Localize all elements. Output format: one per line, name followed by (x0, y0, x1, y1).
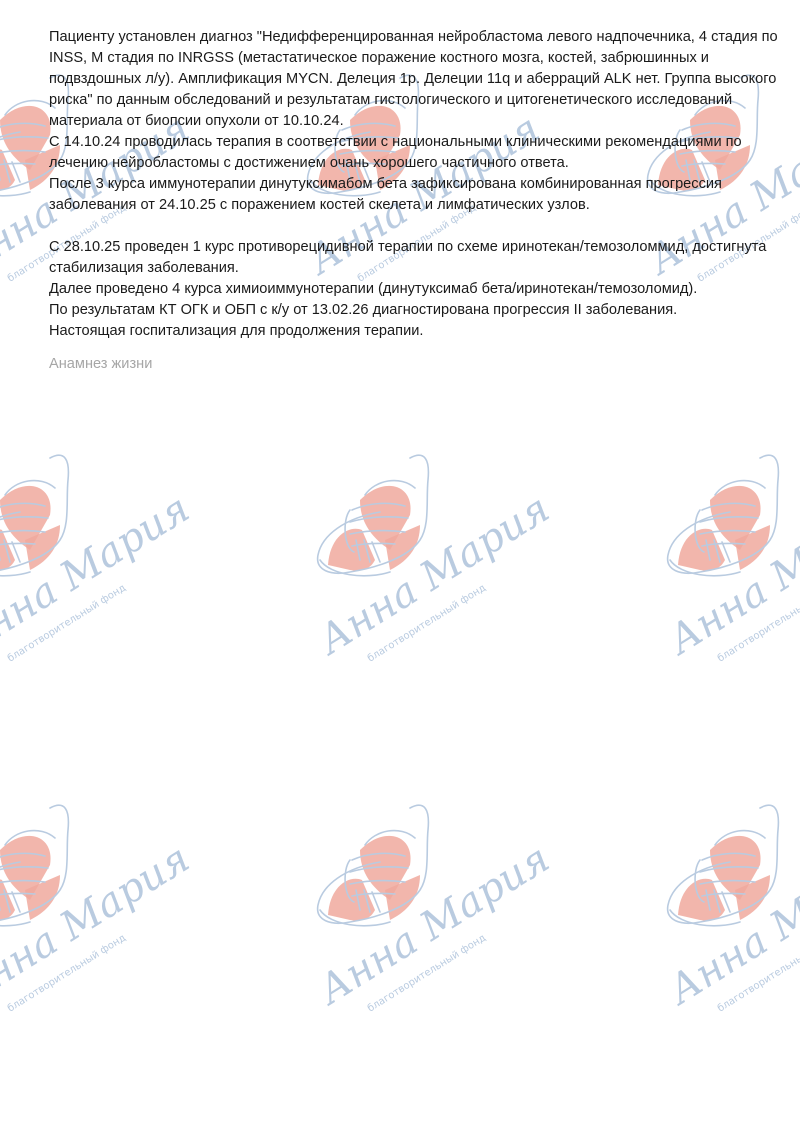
svg-text:благотворительный фонд: благотворительный фонд (6, 582, 128, 664)
paragraph-diagnosis: Пациенту установлен диагноз "Недифференц… (49, 27, 779, 132)
paragraph-ct-results: По результатам КТ ОГК и ОБП с к/у от 13.… (49, 300, 779, 321)
paragraph-relapse-therapy: С 28.10.25 проведен 1 курс противорециди… (49, 237, 779, 279)
svg-text:Анна Мария: Анна Мария (658, 486, 800, 666)
heart-hands-logo-icon: Анна Марияблаготворительный фонд (290, 790, 550, 1050)
svg-text:Анна Мария: Анна Мария (308, 836, 557, 1016)
svg-text:благотворительный фонд: благотворительный фонд (366, 582, 488, 664)
paragraph-progression: После 3 курса иммунотерапии динутуксимаб… (49, 174, 779, 216)
watermark-tile: Анна Марияблаготворительный фонд (640, 440, 800, 700)
svg-text:Анна Мария: Анна Мария (308, 486, 557, 666)
heart-hands-logo-icon: Анна Марияблаготворительный фонд (640, 790, 800, 1050)
svg-text:Анна Мария: Анна Мария (658, 836, 800, 1016)
document-body: Пациенту установлен диагноз "Недифференц… (49, 27, 779, 375)
heart-hands-logo-icon: Анна Марияблаготворительный фонд (640, 440, 800, 700)
svg-text:Анна Мария: Анна Мария (0, 486, 198, 666)
heart-hands-logo-icon: Анна Марияблаготворительный фонд (0, 440, 190, 700)
watermark-tile: Анна Марияблаготворительный фонд (290, 790, 550, 1050)
heart-hands-logo-icon: Анна Марияблаготворительный фонд (290, 440, 550, 700)
watermark-tile: Анна Марияблаготворительный фонд (640, 790, 800, 1050)
paragraph-chemoimmunotherapy: Далее проведено 4 курса химиоиммунотерап… (49, 279, 779, 300)
svg-text:благотворительный фонд: благотворительный фонд (716, 932, 800, 1014)
watermark-tile: Анна Марияблаготворительный фонд (290, 440, 550, 700)
paragraph-therapy-start: С 14.10.24 проводилась терапия в соответ… (49, 132, 779, 174)
svg-text:благотворительный фонд: благотворительный фонд (716, 582, 800, 664)
svg-text:Анна Мария: Анна Мария (0, 836, 198, 1016)
svg-text:благотворительный фонд: благотворительный фонд (6, 932, 128, 1014)
watermark-tile: Анна Марияблаготворительный фонд (0, 440, 190, 700)
svg-text:благотворительный фонд: благотворительный фонд (366, 932, 488, 1014)
watermark-tile: Анна Марияблаготворительный фонд (0, 790, 190, 1050)
paragraph-hospitalization: Настоящая госпитализация для продолжения… (49, 321, 779, 342)
section-heading-life-history: Анамнез жизни (49, 354, 779, 375)
heart-hands-logo-icon: Анна Марияблаготворительный фонд (0, 790, 190, 1050)
paragraph-spacer (49, 216, 779, 237)
